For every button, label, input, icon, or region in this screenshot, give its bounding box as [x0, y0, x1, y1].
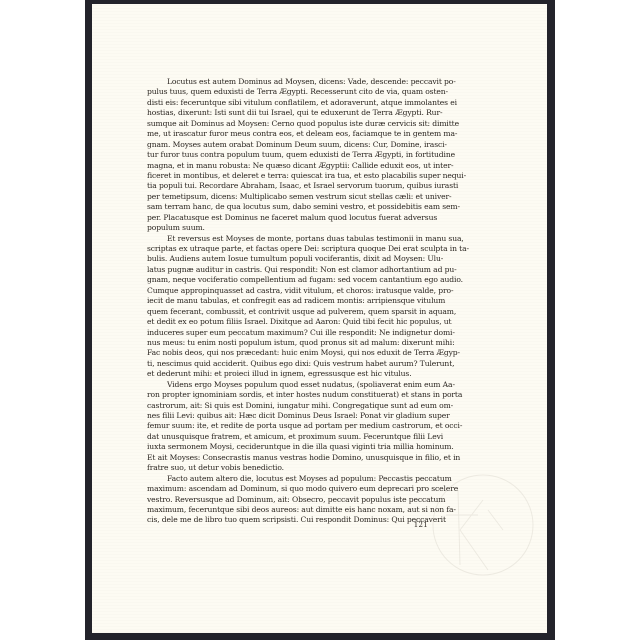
text-line: Et ait Moyses: Consecrastis manus vestra… — [147, 453, 427, 463]
text-line: ficeret in montibus, et deleret e terra:… — [147, 171, 427, 181]
text-line: fratre suo, ut detur vobis benedictio. — [147, 463, 427, 473]
text-line: me, ut irascatur furor meus contra eos, … — [147, 129, 427, 139]
text-line: pulus tuus, quem eduxisti de Terra Ægypt… — [147, 87, 427, 97]
text-line: sumque ait Dominus ad Moysen: Cerno quod… — [147, 119, 427, 129]
text-line: tia populi tui. Recordare Abraham, Isaac… — [147, 181, 427, 191]
paragraph: Facto autem altero die, locutus est Moys… — [147, 474, 427, 526]
page-number: 121 — [412, 521, 428, 529]
text-line: cis, dele me de libro tuo quem scripsist… — [147, 515, 427, 525]
text-line: et dedit ex eo potum filiis Israel. Dixi… — [147, 317, 427, 327]
text-line: gnam. Moyses autem orabat Dominum Deum s… — [147, 140, 427, 150]
text-line: scriptas ex utraque parte, et factas ope… — [147, 244, 427, 254]
text-line: ron propter ignominiam sordis, et inter … — [147, 390, 427, 400]
text-line: disti eis: feceruntque sibi vitulum conf… — [147, 98, 427, 108]
text-line: hostias, dixerunt: Isti sunt dii tui Isr… — [147, 108, 427, 118]
text-line: Facto autem altero die, locutus est Moys… — [147, 474, 427, 484]
text-line: castrorum, ait: Si quis est Domini, iung… — [147, 401, 427, 411]
text-line: per. Placatusque est Dominus ne faceret … — [147, 213, 427, 223]
text-line: iuxta sermonem Moysi, cecideruntque in d… — [147, 442, 427, 452]
text-line: Cumque appropinquasset ad castra, vidit … — [147, 286, 427, 296]
text-line: ti, nescimus quid acciderit. Quibus ego … — [147, 359, 427, 369]
text-line: nus meus: tu enim nosti populum istum, q… — [147, 338, 427, 348]
text-line: latus pugnæ auditur in castris. Qui resp… — [147, 265, 427, 275]
text-line: quem fecerant, combussit, et contrivit u… — [147, 307, 427, 317]
text-line: magna, et in manu robusta: Ne quæso dica… — [147, 161, 427, 171]
text-line: induceres super eum peccatum maximum? Cu… — [147, 328, 427, 338]
text-line: iecit de manu tabulas, et confregit eas … — [147, 296, 427, 306]
text-line: tur furor tuus contra populum tuum, quem… — [147, 150, 427, 160]
watermark-emblem-icon — [428, 470, 538, 580]
paragraph: Videns ergo Moyses populum quod esset nu… — [147, 380, 427, 474]
text-line: per temetipsum, dicens: Multiplicabo sem… — [147, 192, 427, 202]
text-line: femur suum: ite, et redite de porta usqu… — [147, 421, 427, 431]
text-line: maximum, feceruntque sibi deos aureos: a… — [147, 505, 427, 515]
text-line: sam terram hanc, de qua locutus sum, dab… — [147, 202, 427, 212]
text-line: nes filii Levi: quibus ait: Hæc dicit Do… — [147, 411, 427, 421]
body-text: Locutus est autem Dominus ad Moysen, dic… — [147, 77, 427, 526]
text-line: populum suum. — [147, 223, 427, 233]
text-line: vestro. Reversusque ad Dominum, ait: Obs… — [147, 495, 427, 505]
text-line: dat unusquisque fratrem, et amicum, et p… — [147, 432, 427, 442]
text-line: Videns ergo Moyses populum quod esset nu… — [147, 380, 427, 390]
text-line: bulis. Audiens autem Iosue tumultum popu… — [147, 254, 427, 264]
paragraph: Locutus est autem Dominus ad Moysen, dic… — [147, 77, 427, 234]
text-line: maximum: ascendam ad Dominum, si quo mod… — [147, 484, 427, 494]
text-line: gnam, neque vociferatio compellentium ad… — [147, 275, 427, 285]
text-line: Et reversus est Moyses de monte, portans… — [147, 234, 427, 244]
paragraph: Et reversus est Moyses de monte, portans… — [147, 234, 427, 380]
text-line: Fac nobis deos, qui nos præcedant: huic … — [147, 348, 427, 358]
text-line: et dederunt mihi: et proieci illud in ig… — [147, 369, 427, 379]
text-line: Locutus est autem Dominus ad Moysen, dic… — [147, 77, 427, 87]
